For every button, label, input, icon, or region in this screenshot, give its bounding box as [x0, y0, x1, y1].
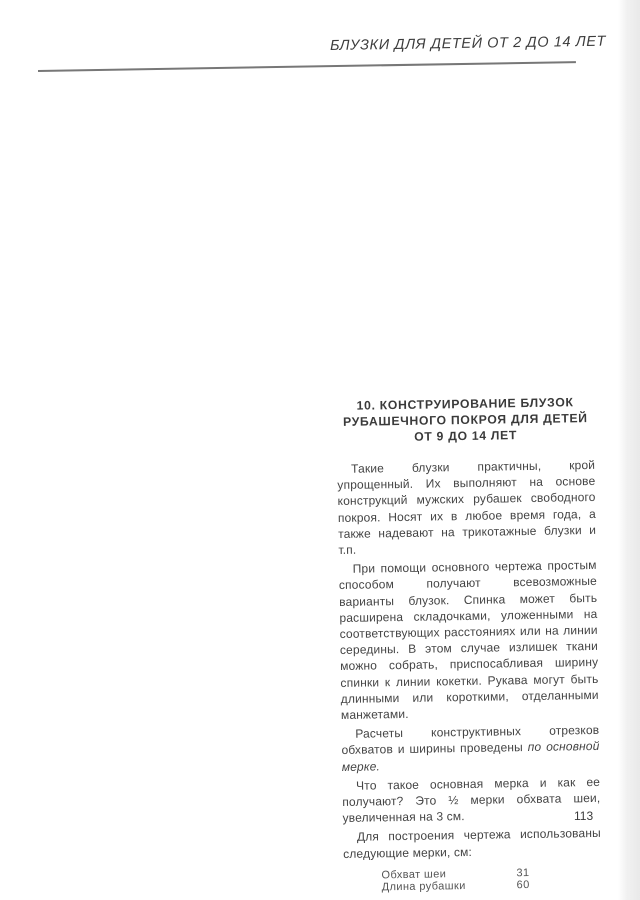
paragraph-tail: .: [376, 759, 380, 773]
paragraph: При помощи основного чертежа простым спо…: [339, 557, 600, 723]
scan-edge-shadow: [618, 0, 640, 900]
measurements-table: Обхват шеи 31 Длина рубашки 60: [381, 867, 529, 894]
header-rule: [38, 61, 576, 71]
paragraph: Что такое основная мерка и как ее получа…: [342, 774, 601, 827]
page-number: 113: [574, 809, 593, 823]
measurement-row: Длина рубашки 60: [382, 879, 530, 894]
section-title: 10. КОНСТРУИРОВАНИЕ БЛУЗОК РУБАШЕЧНОГО П…: [336, 394, 595, 446]
running-head: БЛУЗКИ ДЛЯ ДЕТЕЙ ОТ 2 ДО 14 ЛЕТ: [330, 34, 580, 54]
measurement-value: 60: [517, 879, 530, 892]
measurement-label: Длина рубашки: [382, 880, 466, 894]
measurement-value: 31: [516, 867, 529, 880]
paragraph: Такие блузки практичны, крой упрощенный.…: [337, 457, 596, 558]
paragraph: Для построения чертежа использованы след…: [343, 825, 601, 861]
measurement-label: Обхват шеи: [381, 868, 446, 882]
paragraph: Расчеты конструктивных отрезков обхватов…: [341, 722, 600, 775]
section-10: 10. КОНСТРУИРОВАНИЕ БЛУЗОК РУБАШЕЧНОГО П…: [336, 394, 602, 895]
